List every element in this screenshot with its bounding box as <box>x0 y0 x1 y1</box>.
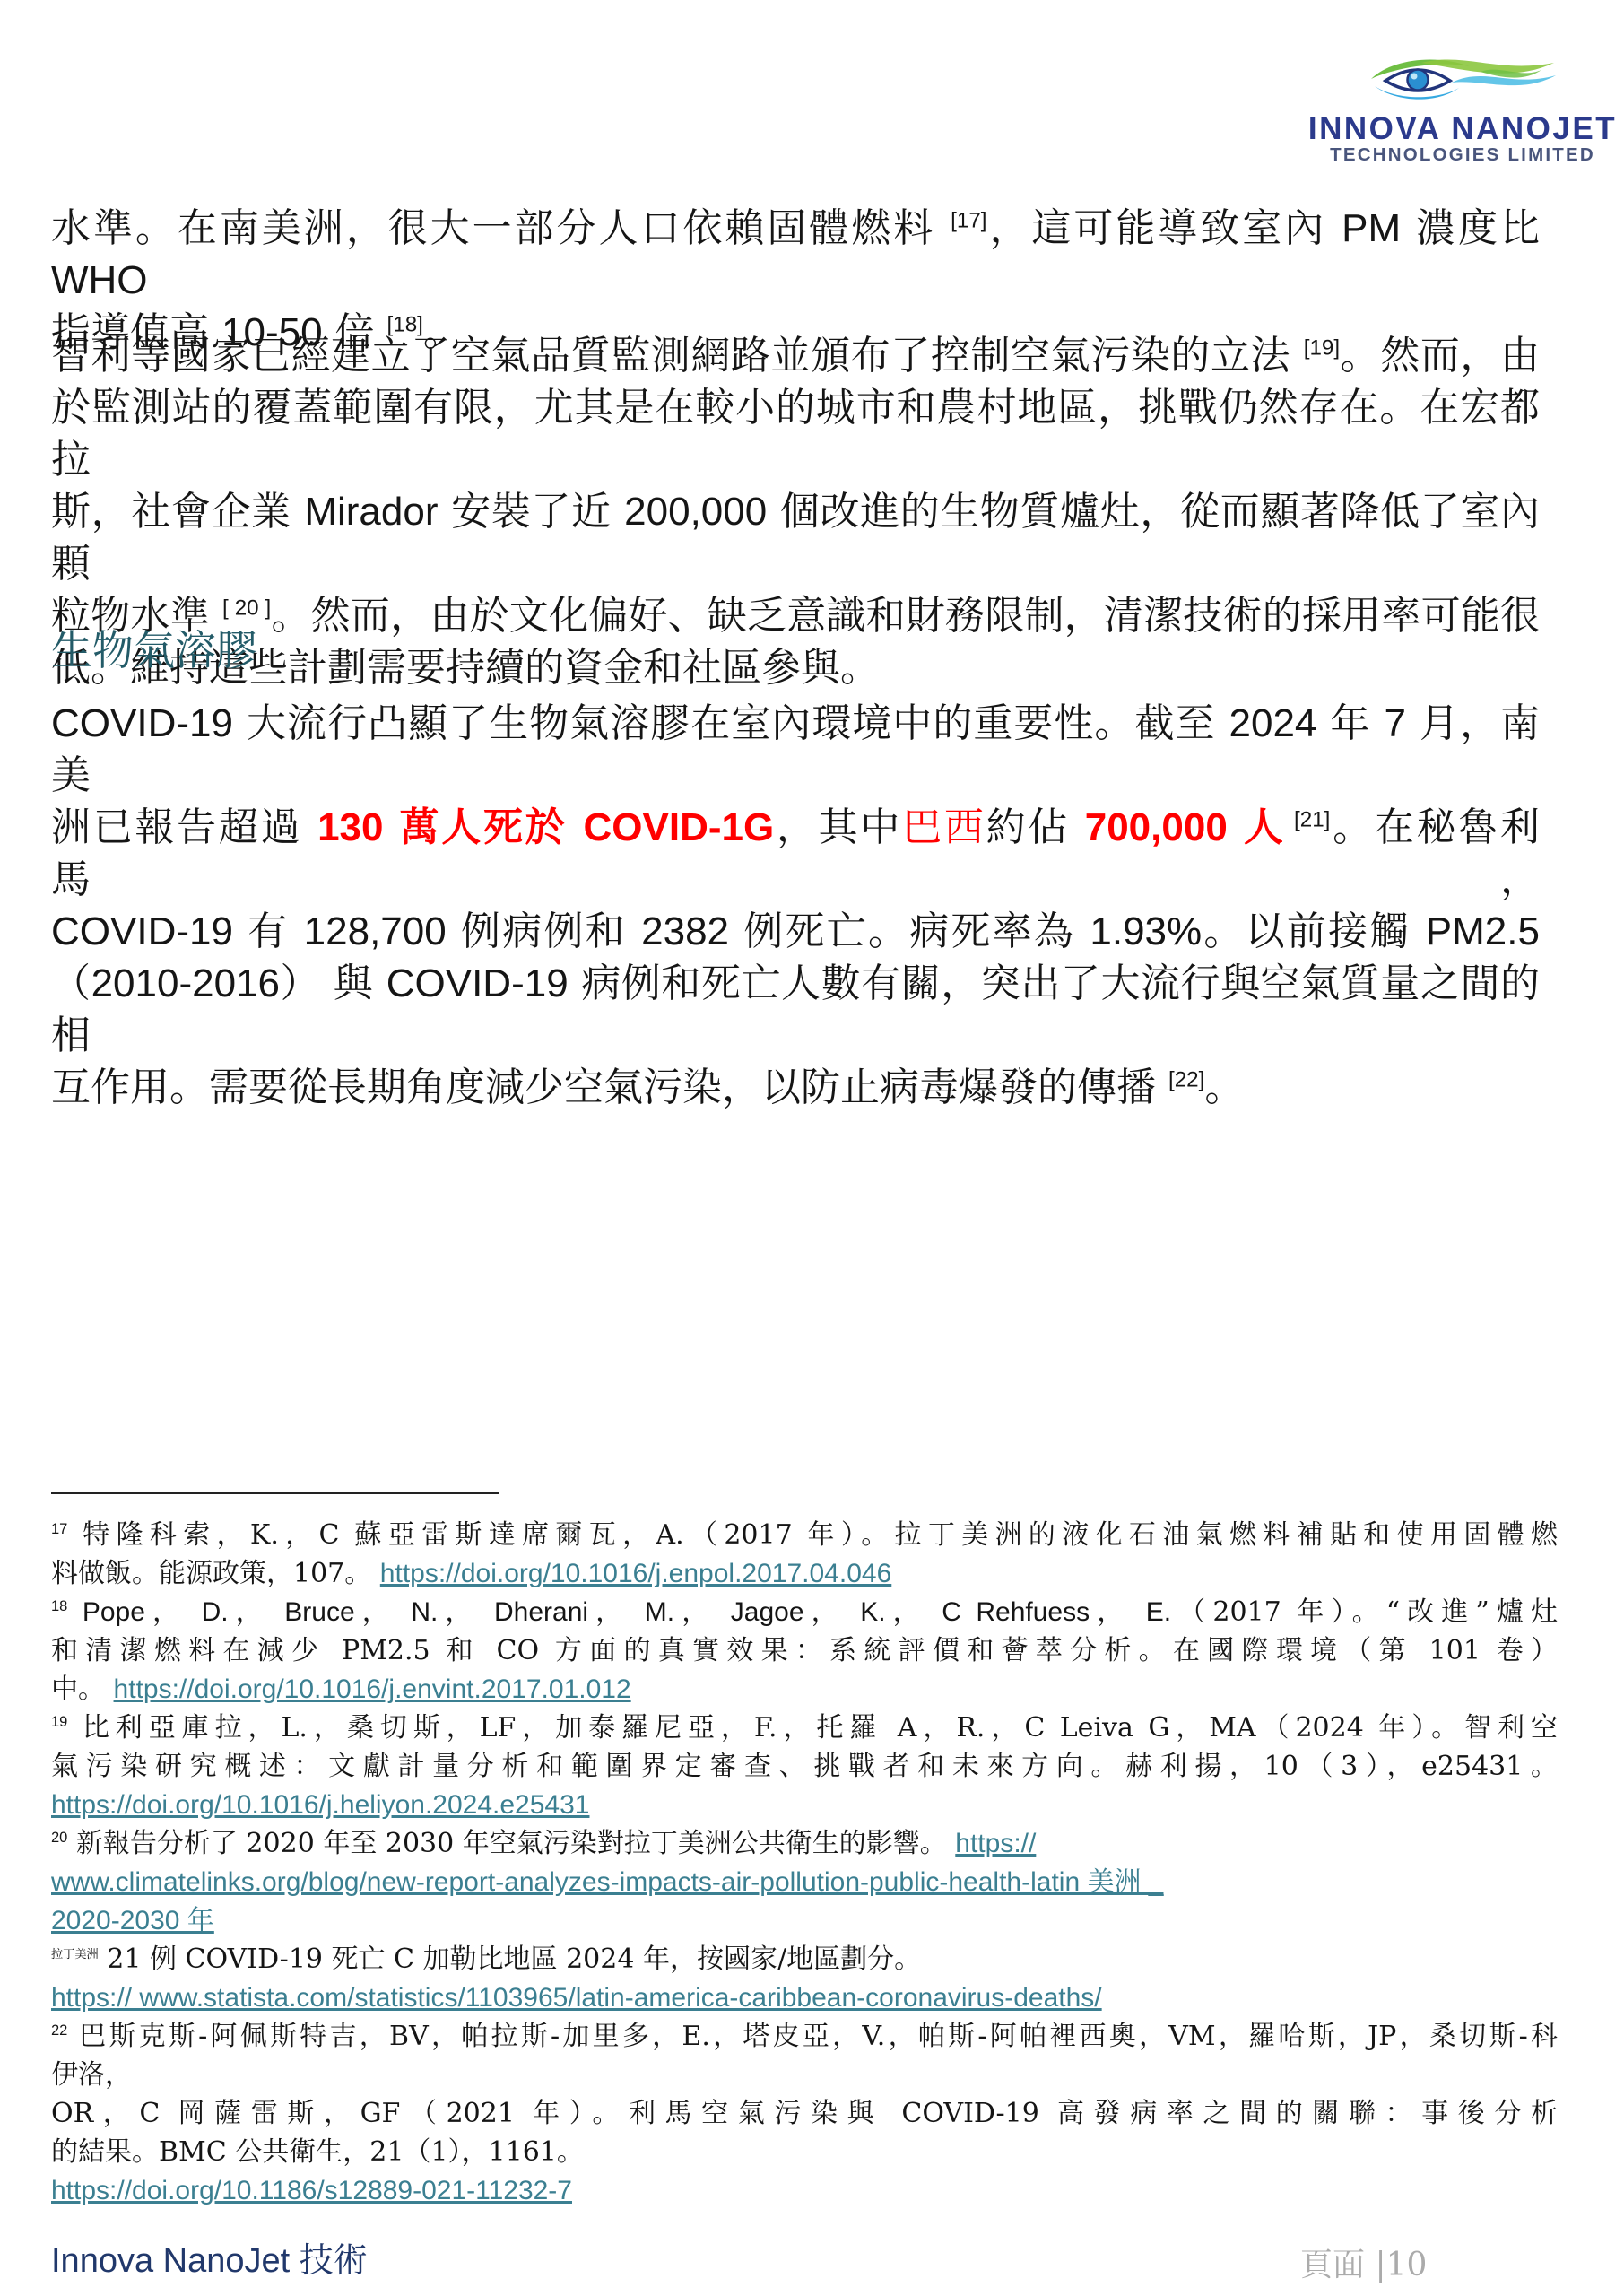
text-segment: WHO <box>51 258 148 302</box>
text-segment: 人 <box>1228 804 1286 850</box>
text-segment: 例病例和 <box>447 909 641 954</box>
para-chile: 智利等國家已經建立了空氣品質監測網路並頒布了控制空氣污染的立法 [19]。然而，… <box>51 330 1540 694</box>
hyperlink[interactable]: 2020-2030 年 <box>51 1906 214 1935</box>
hyperlink[interactable]: https://doi.org/10.1016/j.heliyon.2024.e… <box>51 1790 589 1820</box>
text-segment: Mirador <box>304 490 438 534</box>
text-segment: 。然而，由 <box>1340 333 1540 378</box>
text-segment: 有 <box>233 909 304 954</box>
text-segment: 料做飯。能源政策，107。 <box>51 1558 380 1589</box>
text-segment: 約佔 <box>986 804 1085 850</box>
text-segment: COVID-19 <box>51 909 233 953</box>
footnote-ref: 拉丁美洲 <box>51 1948 99 1961</box>
footnote-line: 2020-2030 年 <box>51 1901 1558 1940</box>
company-logo: INNOVA NANOJET TECHNOLOGIES LIMITED <box>1305 52 1620 165</box>
footnote-line: 17 特隆科索，K.，C 蘇亞雷斯達席爾瓦，A.（2017 年）。拉丁美洲的液化… <box>51 1516 1558 1554</box>
text-line: 粒物水準 [ 20 ]。然而，由於文化偏好、缺乏意識和財務限制，清潔技術的採用率… <box>51 590 1540 642</box>
text-line: 互作用。需要從長期角度減少空氣污染，以防止病毒爆發的傳播 [22]。 <box>51 1062 1540 1114</box>
text-segment: 。然而，由於文化偏好、缺乏意識和財務限制，清潔技術的採用率可能很 <box>271 593 1540 639</box>
footnote-ref: [19] <box>1304 335 1340 360</box>
text-line: COVID-19 有 128,700 例病例和 2382 例死亡。病死率為 1.… <box>51 906 1540 958</box>
footnote-ref: 22 <box>51 2022 67 2039</box>
hyperlink[interactable]: https://doi.org/10.1186/s12889-021-11232… <box>51 2176 572 2205</box>
text-segment: 伊洛， <box>51 2059 132 2091</box>
text-segment: 大流行凸顯了生物氣溶膠在室內環境中的重要性。截至 <box>233 700 1229 746</box>
footnote-ref: [21] <box>1286 807 1331 831</box>
text-segment: 巴西 <box>902 804 986 850</box>
para-covid: COVID-19 大流行凸顯了生物氣溶膠在室內環境中的重要性。截至 2024 年… <box>51 698 1540 1114</box>
document-page: INNOVA NANOJET TECHNOLOGIES LIMITED 水準。在… <box>0 0 1624 2296</box>
footnote-line: 料做飯。能源政策，107。 https://doi.org/10.1016/j.… <box>51 1554 1558 1593</box>
text-segment: （ <box>51 961 91 1006</box>
text-segment: ，這可能導致室內 <box>987 205 1342 251</box>
text-segment: 智利等國家已經建立了空氣品質監測網路並頒布了控制空氣污染的立法 <box>51 333 1304 378</box>
hyperlink[interactable]: https://doi.org/10.1016/j.envint.2017.01… <box>114 1674 631 1704</box>
text-line: 智利等國家已經建立了空氣品質監測網路並頒布了控制空氣污染的立法 [19]。然而，… <box>51 330 1540 382</box>
text-segment: PM <box>1342 206 1401 250</box>
text-segment: OR，C 岡薩雷斯，GF（2021 年）。利馬空氣污染與 COVID-19 高發… <box>51 2098 1558 2129</box>
text-segment: 巴斯克斯-阿佩斯特吉，BV，帕拉斯-加里多，E.，塔皮亞，V.，帕斯-阿帕裡西奧… <box>67 2021 1558 2052</box>
footnote-ref: 18 <box>51 1598 67 1614</box>
text-segment: 斯，社會企業 <box>51 489 304 535</box>
hyperlink[interactable]: www.climatelinks.org/blog/new-report-ana… <box>51 1867 1164 1897</box>
text-segment: PM2.5 <box>1426 909 1540 953</box>
footnote-ref: 20 <box>51 1830 67 1846</box>
text-segment: 年 <box>1316 700 1384 746</box>
text-segment: 氣污染研究概述：文獻計量分析和範圍界定審查、挑戰者和未來方向。赫利揚，10（3）… <box>51 1751 1558 1782</box>
footnote-separator <box>51 1492 499 1494</box>
text-segment: COVID-19 <box>386 961 569 1005</box>
text-segment: 1.93% <box>1090 909 1202 953</box>
text-segment: 萬人死於 <box>384 804 584 850</box>
text-line: COVID-19 大流行凸顯了生物氣溶膠在室內環境中的重要性。截至 2024 年… <box>51 698 1540 802</box>
text-segment: COVID-1G <box>584 805 775 849</box>
hyperlink[interactable]: https:// www.statista.com/statistics/110… <box>51 1983 1102 2013</box>
text-segment: 2010-2016 <box>91 961 280 1005</box>
footer-company-name: Innova NanoJet 技術 <box>51 2240 368 2282</box>
logo-sub-text: TECHNOLOGIES LIMITED <box>1305 145 1620 165</box>
text-segment: 濃度比 <box>1401 205 1540 251</box>
section-heading: 生物氣溶膠 <box>51 626 257 674</box>
text-segment: 200,000 <box>624 490 767 534</box>
text-segment: ，其中 <box>774 804 902 850</box>
footnote-ref: [22] <box>1168 1067 1204 1091</box>
text-segment: 2382 <box>641 909 729 953</box>
text-segment: 130 <box>317 805 383 849</box>
footnotes-section: 17 特隆科索，K.，C 蘇亞雷斯達席爾瓦，A.（2017 年）。拉丁美洲的液化… <box>51 1516 1558 2210</box>
text-segment: 特隆科索，K.，C 蘇亞雷斯達席爾瓦，A.（2017 年）。拉丁美洲的液化石油氣… <box>67 1519 1558 1551</box>
footnote-line: 的結果。BMC 公共衛生，21（1），1161。 <box>51 2133 1558 2171</box>
footnote-line: https://doi.org/10.1016/j.heliyon.2024.e… <box>51 1786 1558 1824</box>
footnote-ref: [17] <box>951 208 986 232</box>
text-segment: 700,000 <box>1085 805 1228 849</box>
footnote-line: OR，C 岡薩雷斯，GF（2021 年）。利馬空氣污染與 COVID-19 高發… <box>51 2094 1558 2133</box>
footnote-line: 19 比利亞庫拉，L.，桑切斯，LF，加泰羅尼亞，F.，托羅 A，R.，C Le… <box>51 1709 1558 1747</box>
text-segment: 例死亡。病死率為 <box>729 909 1090 954</box>
footnote-line: www.climatelinks.org/blog/new-report-ana… <box>51 1863 1558 1901</box>
hyperlink[interactable]: https:// <box>955 1829 1036 1858</box>
footnote-line: 20 新報告分析了 2020 年至 2030 年空氣污染對拉丁美洲公共衛生的影響… <box>51 1824 1558 1863</box>
text-segment: 新報告分析了 2020 年至 2030 年空氣污染對拉丁美洲公共衛生的影響。 <box>67 1828 955 1859</box>
page-number: 頁面 |10 <box>1300 2246 1427 2285</box>
text-segment: 128,700 <box>304 909 447 953</box>
footnote-ref: 19 <box>51 1714 67 1730</box>
footnote-line: 氣污染研究概述：文獻計量分析和範圍界定審查、挑戰者和未來方向。赫利揚，10（3）… <box>51 1747 1558 1786</box>
eye-swoosh-logo-icon <box>1366 52 1559 109</box>
text-line: 水準。在南美洲，很大一部分人口依賴固體燃料 [17]，這可能導致室內 PM 濃度… <box>51 203 1540 307</box>
text-segment: 的結果。BMC 公共衛生，21（1），1161。 <box>51 2136 584 2168</box>
text-segment: 21 例 COVID-19 死亡 C 加勒比地區 2024 年，按國家/地區劃分… <box>99 1944 921 1975</box>
logo-brand-text: INNOVA NANOJET <box>1305 113 1620 145</box>
text-line: 洲已報告超過 130 萬人死於 COVID-1G，其中巴西約佔 700,000 … <box>51 802 1540 906</box>
text-line: 於監測站的覆蓋範圍有限，尤其是在較小的城市和農村地區，挑戰仍然存在。在宏都拉 <box>51 382 1540 486</box>
text-line: （2010-2016） 與 COVID-19 病例和死亡人數有關，突出了大流行與… <box>51 958 1540 1062</box>
text-segment: 洲已報告超過 <box>51 804 317 850</box>
text-segment: 。 <box>1204 1065 1244 1110</box>
footnote-line: 22 巴斯克斯-阿佩斯特吉，BV，帕拉斯-加里多，E.，塔皮亞，V.，帕斯-阿帕… <box>51 2017 1558 2056</box>
footnote-line: https://doi.org/10.1186/s12889-021-11232… <box>51 2171 1558 2210</box>
footnote-line: 中。 https://doi.org/10.1016/j.envint.2017… <box>51 1670 1558 1709</box>
text-segment: 比利亞庫拉，L.，桑切斯，LF，加泰羅尼亞，F.，托羅 A，R.，C Leiva… <box>67 1712 1558 1744</box>
text-line: 低。維持這些計劃需要持續的資金和社區參與。 <box>51 642 1540 694</box>
text-segment: 中。 <box>51 1674 114 1705</box>
footnote-line: https:// www.statista.com/statistics/110… <box>51 1979 1558 2017</box>
text-segment: （2017 年）。“改進”爐灶 <box>1171 1596 1558 1628</box>
text-segment: 7 <box>1384 701 1405 745</box>
footnote-line: 18 Pope， D.， Bruce， N.， Dherani， M.， Jag… <box>51 1593 1558 1631</box>
footnote-line: 拉丁美洲 21 例 COVID-19 死亡 C 加勒比地區 2024 年，按國家… <box>51 1940 1558 1979</box>
footnote-line: 伊洛， <box>51 2056 1558 2094</box>
text-segment: Pope， D.， Bruce， N.， Dherani， M.， Jagoe，… <box>67 1597 1171 1627</box>
text-line: 斯，社會企業 Mirador 安裝了近 200,000 個改進的生物質爐灶，從而… <box>51 486 1540 590</box>
text-segment: ） 與 <box>280 961 386 1006</box>
text-segment: 安裝了近 <box>438 489 624 535</box>
text-segment: 於監測站的覆蓋範圍有限，尤其是在較小的城市和農村地區，挑戰仍然存在。在宏都拉 <box>51 385 1540 483</box>
hyperlink[interactable]: https://doi.org/10.1016/j.enpol.2017.04.… <box>380 1559 891 1588</box>
footnote-line: 和清潔燃料在減少 PM2.5 和 CO 方面的真實效果：系統評價和薈萃分析。在國… <box>51 1631 1558 1670</box>
text-segment: 2024 <box>1229 701 1317 745</box>
text-segment: 水準。在南美洲，很大一部分人口依賴固體燃料 <box>51 205 951 251</box>
text-segment: 互作用。需要從長期角度減少空氣污染，以防止病毒爆發的傳播 <box>51 1065 1168 1110</box>
text-segment: 和清潔燃料在減少 PM2.5 和 CO 方面的真實效果：系統評價和薈萃分析。在國… <box>51 1635 1558 1666</box>
footnote-ref: 17 <box>51 1521 67 1537</box>
footnote-ref: [ 20 ] <box>222 596 271 620</box>
text-segment: COVID-19 <box>51 701 233 745</box>
text-segment: 。以前接觸 <box>1202 909 1426 954</box>
